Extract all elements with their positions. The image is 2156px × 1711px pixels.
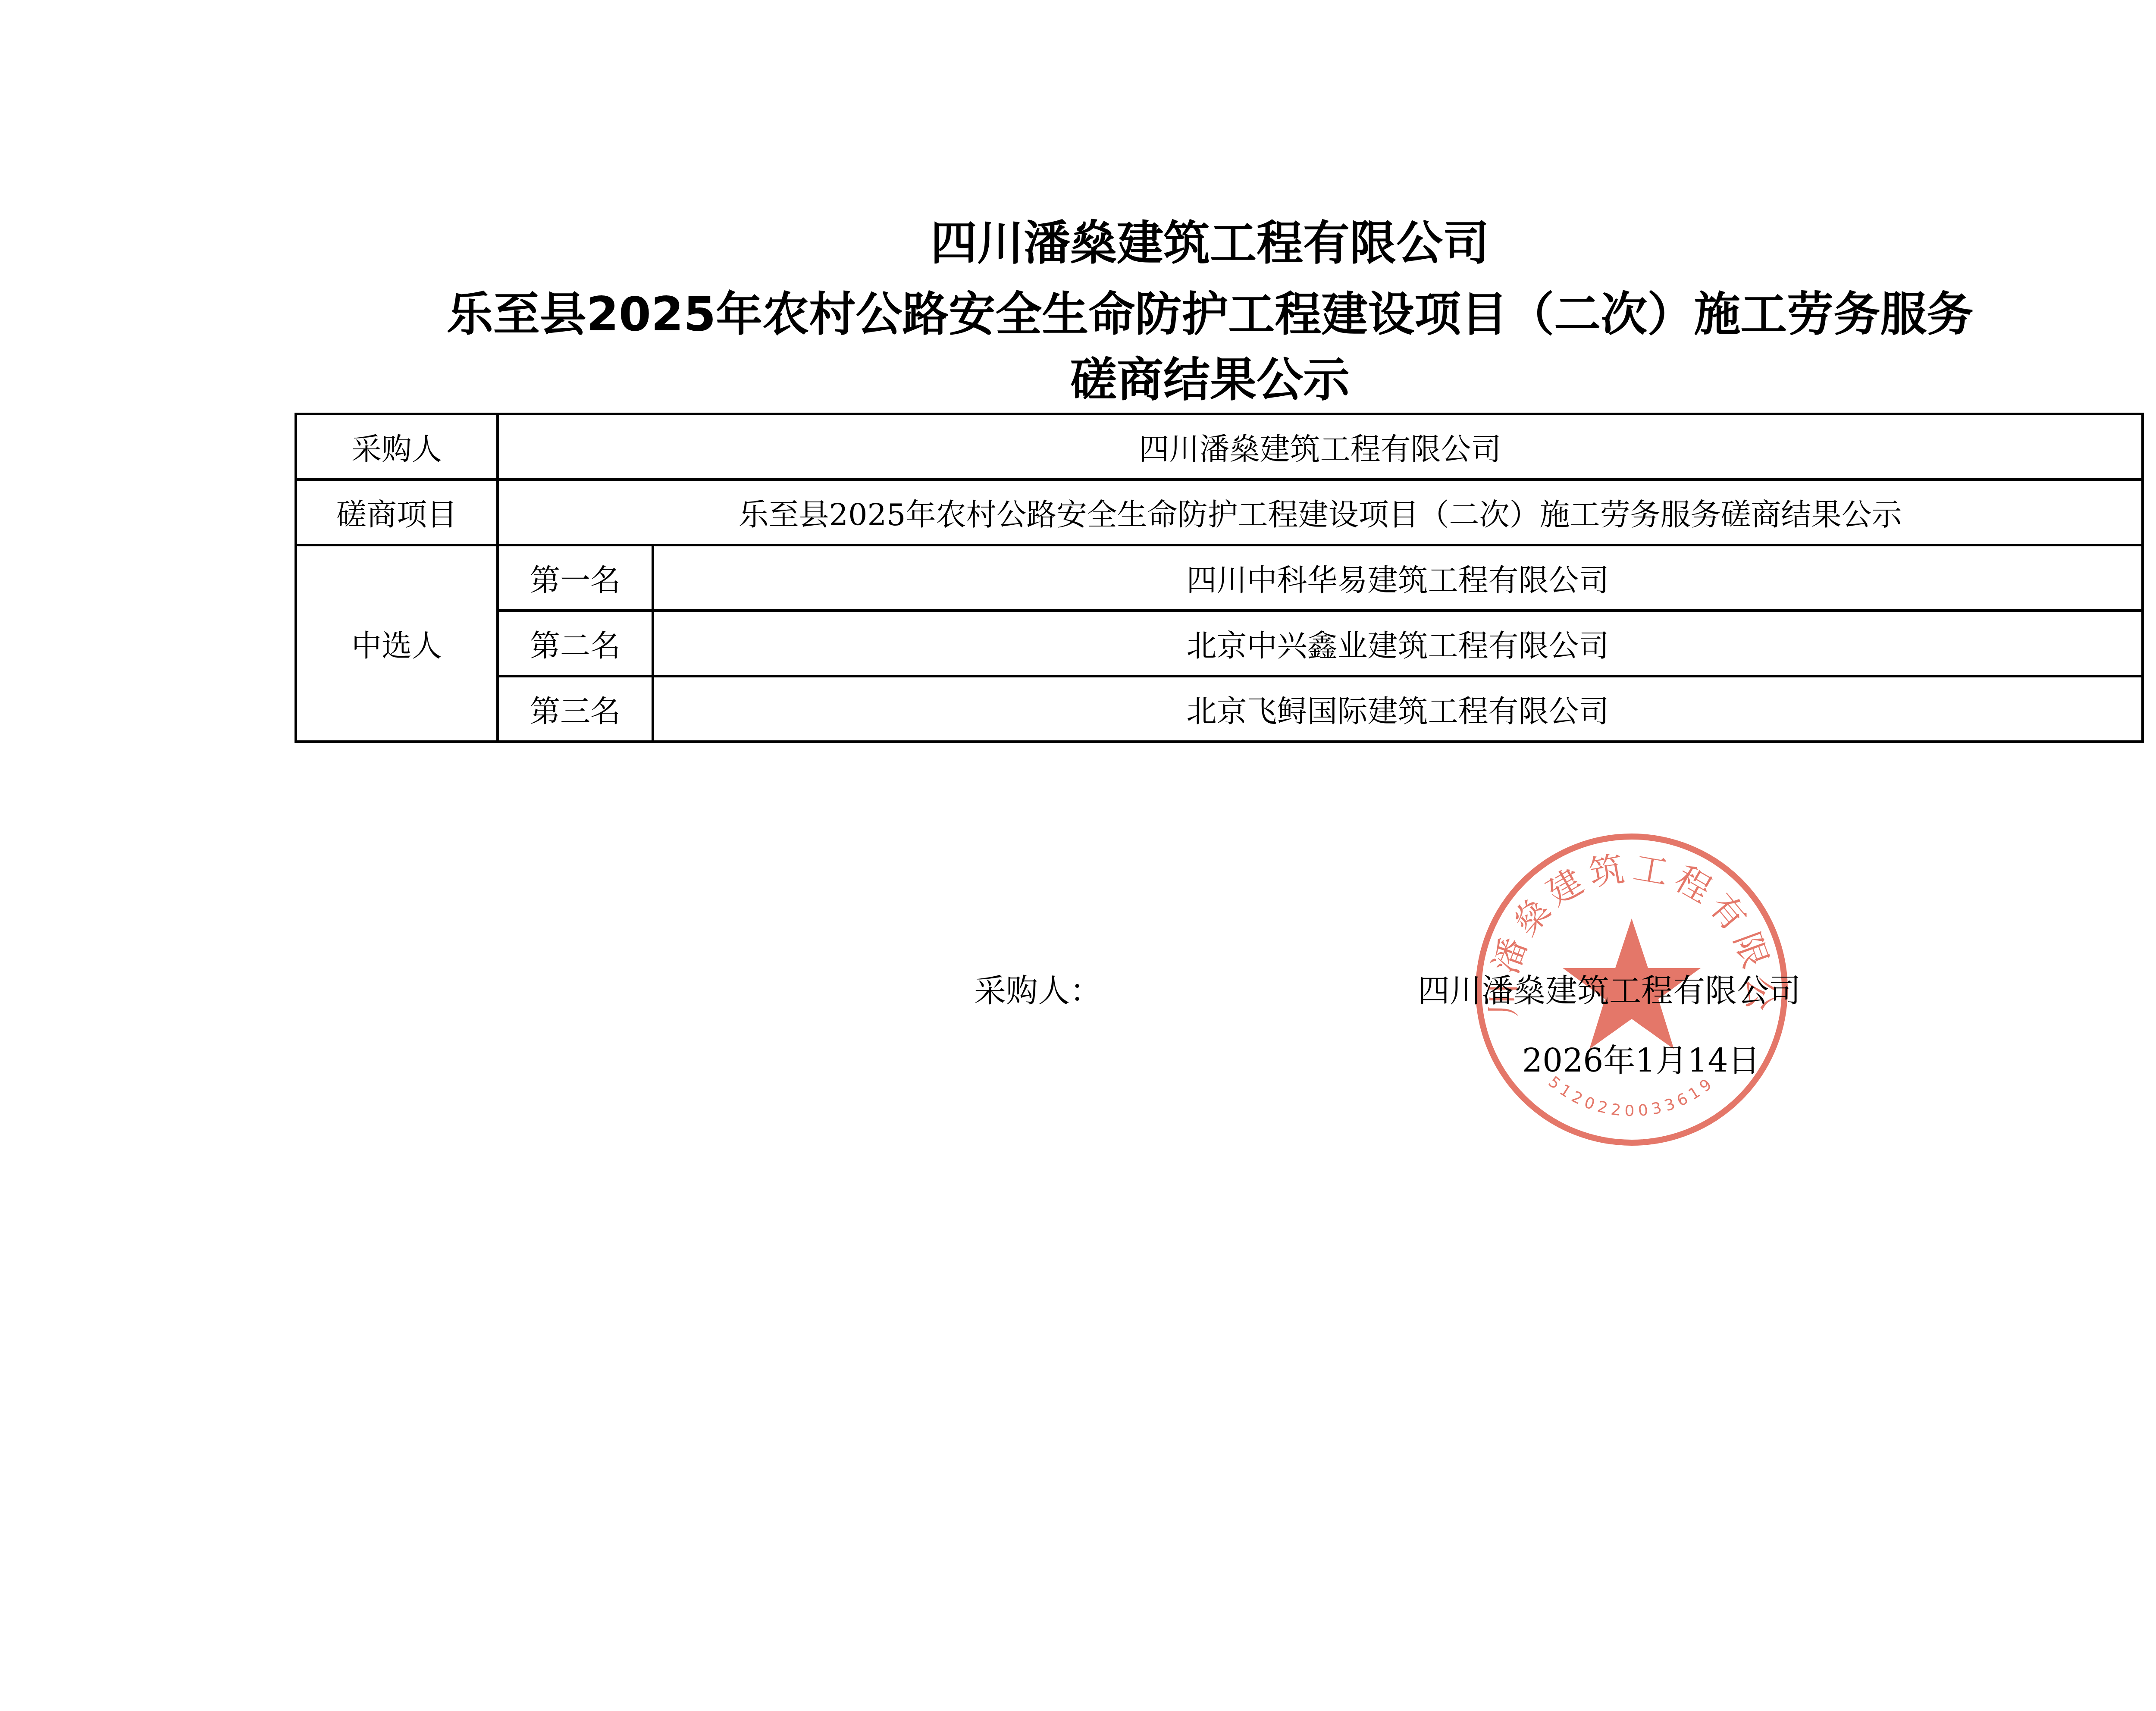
signature-label: 采购人：	[974, 969, 1102, 1012]
winner-name: 北京中兴鑫业建筑工程有限公司	[653, 611, 2143, 676]
winner-label: 中选人	[296, 545, 498, 742]
table-row-winner-1: 中选人 第一名 四川中科华易建筑工程有限公司	[296, 545, 2143, 611]
table-row-purchaser: 采购人 四川潘燊建筑工程有限公司	[296, 414, 2143, 479]
winner-rank: 第一名	[498, 545, 653, 611]
notice-title: 磋商结果公示	[0, 350, 2156, 411]
signature-date: 2026年1月14日	[1522, 1039, 1760, 1082]
project-title: 乐至县2025年农村公路安全生命防护工程建设项目（二次）施工劳务服务	[0, 285, 2156, 345]
winner-name: 北京飞鲟国际建筑工程有限公司	[653, 676, 2143, 742]
winner-name: 四川中科华易建筑工程有限公司	[653, 545, 2143, 611]
result-table: 采购人 四川潘燊建筑工程有限公司 磋商项目 乐至县2025年农村公路安全生命防护…	[295, 413, 2144, 743]
table-row-winner-3: 第三名 北京飞鲟国际建筑工程有限公司	[296, 676, 2143, 742]
company-title: 四川潘燊建筑工程有限公司	[0, 213, 2156, 274]
winner-rank: 第二名	[498, 611, 653, 676]
table-row-winner-2: 第二名 北京中兴鑫业建筑工程有限公司	[296, 611, 2143, 676]
project-value: 乐至县2025年农村公路安全生命防护工程建设项目（二次）施工劳务服务磋商结果公示	[498, 479, 2143, 545]
winner-rank: 第三名	[498, 676, 653, 742]
table-row-project: 磋商项目 乐至县2025年农村公路安全生命防护工程建设项目（二次）施工劳务服务磋…	[296, 479, 2143, 545]
project-label: 磋商项目	[296, 479, 498, 545]
purchaser-label: 采购人	[296, 414, 498, 479]
signature-company: 四川潘燊建筑工程有限公司	[1418, 969, 1801, 1012]
purchaser-value: 四川潘燊建筑工程有限公司	[498, 414, 2143, 479]
